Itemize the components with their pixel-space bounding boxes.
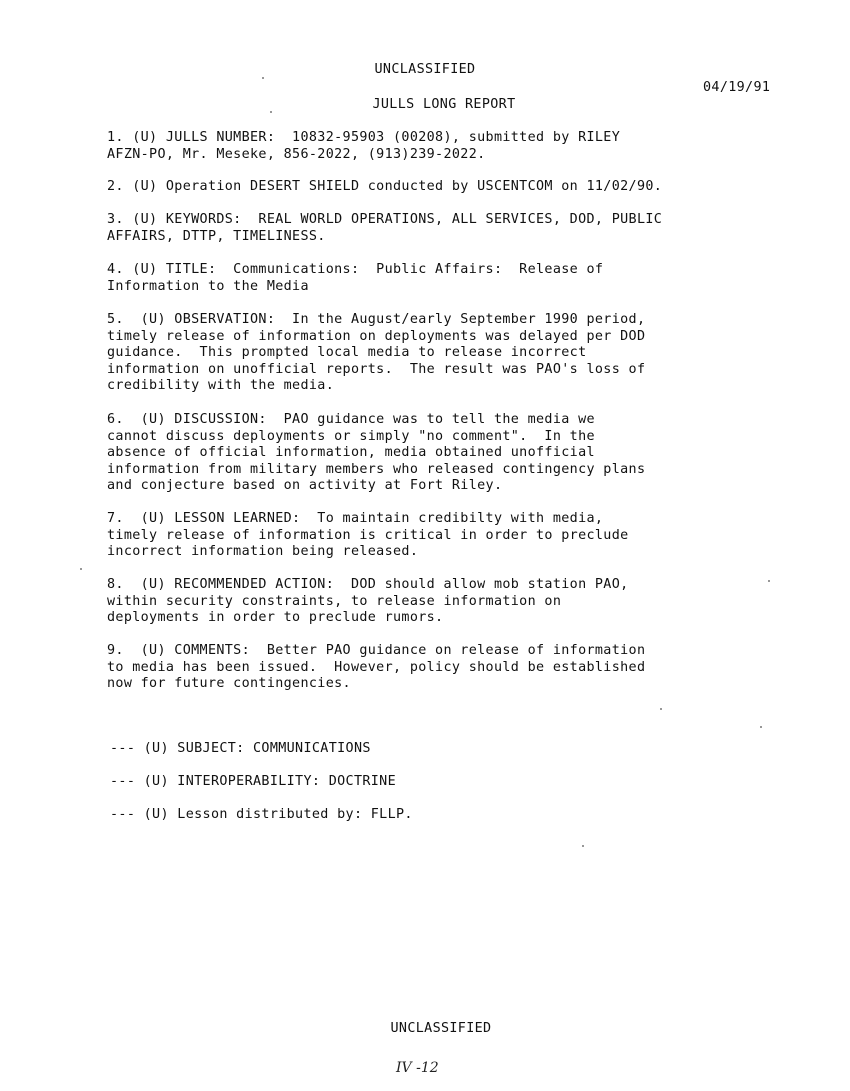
paragraph-line: 8. (U) RECOMMENDED ACTION: DOD should al… (107, 577, 807, 594)
paragraph-6-discussion: 6. (U) DISCUSSION: PAO guidance was to t… (107, 412, 807, 495)
classification-footer: UNCLASSIFIED (16, 1021, 850, 1038)
paragraph-1: 1. (U) JULLS NUMBER: 10832-95903 (00208)… (107, 130, 807, 163)
paragraph-line: and conjecture based on activity at Fort… (107, 478, 807, 495)
paragraph-line: cannot discuss deployments or simply "no… (107, 429, 807, 446)
scan-speck (80, 568, 82, 570)
paragraph-line: 5. (U) OBSERVATION: In the August/early … (107, 312, 807, 329)
paragraph-line: 4. (U) TITLE: Communications: Public Aff… (107, 262, 807, 279)
paragraph-line: information from military members who re… (107, 462, 807, 479)
paragraph-4: 4. (U) TITLE: Communications: Public Aff… (107, 262, 807, 295)
paragraph-2: 2. (U) Operation DESERT SHIELD conducted… (107, 179, 807, 196)
paragraph-line: information on unofficial reports. The r… (107, 362, 807, 379)
trailer-subject: --- (U) SUBJECT: COMMUNICATIONS (110, 741, 371, 758)
paragraph-3: 3. (U) KEYWORDS: REAL WORLD OPERATIONS, … (107, 212, 807, 245)
paragraph-line: 6. (U) DISCUSSION: PAO guidance was to t… (107, 412, 807, 429)
paragraph-line: within security constraints, to release … (107, 594, 807, 611)
report-date: 04/19/91 (703, 80, 770, 97)
paragraph-line: 7. (U) LESSON LEARNED: To maintain credi… (107, 511, 807, 528)
paragraph-line: credibility with the media. (107, 378, 807, 395)
paragraph-9-comments: 9. (U) COMMENTS: Better PAO guidance on … (107, 643, 807, 693)
trailer-interoperability: --- (U) INTEROPERABILITY: DOCTRINE (110, 774, 396, 791)
scan-speck (768, 580, 770, 582)
scan-speck (760, 726, 762, 728)
document-page: UNCLASSIFIED 04/19/91 JULLS LONG REPORT … (0, 0, 850, 1091)
paragraph-line: 9. (U) COMMENTS: Better PAO guidance on … (107, 643, 807, 660)
paragraph-line: absence of official information, media o… (107, 445, 807, 462)
paragraph-line: 1. (U) JULLS NUMBER: 10832-95903 (00208)… (107, 130, 807, 147)
paragraph-line: Information to the Media (107, 279, 807, 296)
paragraph-line: guidance. This prompted local media to r… (107, 345, 807, 362)
paragraph-8-recommended-action: 8. (U) RECOMMENDED ACTION: DOD should al… (107, 577, 807, 627)
classification-header: UNCLASSIFIED (0, 62, 850, 79)
trailer-distributed-by: --- (U) Lesson distributed by: FLLP. (110, 807, 413, 824)
scan-speck (582, 845, 584, 847)
paragraph-line: to media has been issued. However, polic… (107, 660, 807, 677)
paragraph-line: incorrect information being released. (107, 544, 807, 561)
paragraph-line: timely release of information is critica… (107, 528, 807, 545)
handwritten-page-number: IV -12 (396, 1060, 439, 1076)
scan-speck (262, 77, 264, 79)
scan-speck (270, 111, 272, 113)
paragraph-line: AFZN-PO, Mr. Meseke, 856-2022, (913)239-… (107, 147, 807, 164)
paragraph-line: deployments in order to preclude rumors. (107, 610, 807, 627)
paragraph-5-observation: 5. (U) OBSERVATION: In the August/early … (107, 312, 807, 395)
paragraph-7-lesson-learned: 7. (U) LESSON LEARNED: To maintain credi… (107, 511, 807, 561)
paragraph-line: 2. (U) Operation DESERT SHIELD conducted… (107, 179, 807, 196)
paragraph-line: now for future contingencies. (107, 676, 807, 693)
report-title: JULLS LONG REPORT (19, 97, 850, 114)
paragraph-line: 3. (U) KEYWORDS: REAL WORLD OPERATIONS, … (107, 212, 807, 229)
paragraph-line: AFFAIRS, DTTP, TIMELINESS. (107, 229, 807, 246)
scan-speck (660, 708, 662, 710)
paragraph-line: timely release of information on deploym… (107, 329, 807, 346)
